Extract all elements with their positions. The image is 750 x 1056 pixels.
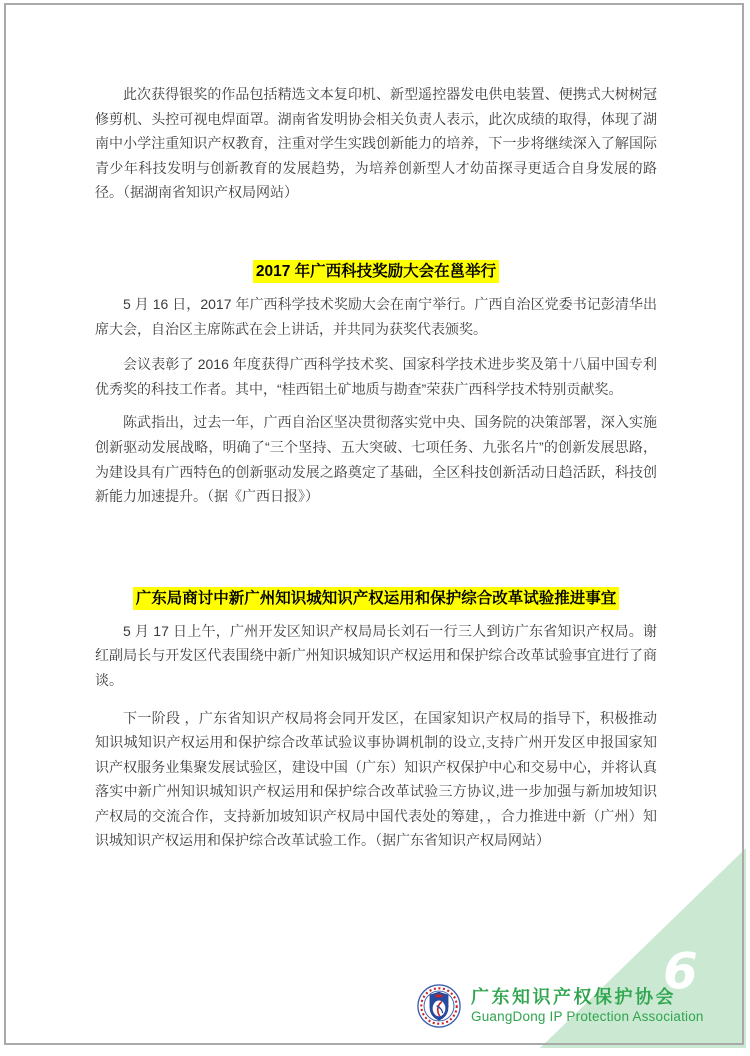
paragraph-guangdong-next-stage: 下一阶段 ，广东省知识产权局将会同开发区，在国家知识产权局的指导下，积极推动知识… (95, 706, 657, 854)
association-name-en: GuangDong IP Protection Association (471, 1009, 704, 1025)
association-name-block: 广东知识产权保护协会 GuangDong IP Protection Assoc… (471, 987, 704, 1025)
document-page: { "theme": { "colors": { "highlight": "#… (0, 0, 750, 1056)
article-heading-row-guangxi: 2017 年广西科技奖励大会在邕举行 (95, 260, 657, 283)
paragraph-guangxi-ceremony: 5 月 16 日，2017 年广西科学技术奖励大会在南宁举行。广西自治区党委书记… (95, 292, 657, 341)
article-heading-row-guangdong: 广东局商讨中新广州知识城知识产权运用和保护综合改革试验推进事宜 (95, 587, 657, 610)
paragraph-guangxi-commendation: 会议表彰了 2016 年度获得广西科学技术奖、国家科学技术进步奖及第十八届中国专… (95, 352, 657, 401)
association-emblem-icon (416, 983, 462, 1029)
association-name-cn: 广东知识产权保护协会 (471, 987, 704, 1007)
article-heading-guangxi-awards: 2017 年广西科技奖励大会在邕举行 (253, 260, 499, 283)
paragraph-hunan-silver-awards: 此次获得银奖的作品包括精选文本复印机、新型遥控器发电供电装置、便携式大树树冠修剪… (95, 82, 657, 205)
article-heading-guangdong-knowledge-city: 广东局商讨中新广州知识城知识产权运用和保护综合改革试验推进事宜 (133, 587, 620, 610)
page-content: 此次获得银奖的作品包括精选文本复印机、新型遥控器发电供电装置、便携式大树树冠修剪… (95, 82, 657, 853)
paragraph-chenwu-remarks: 陈武指出，过去一年，广西自治区坚决贯彻落实党中央、国务院的决策部署，深入实施创新… (95, 410, 657, 508)
footer: 广东知识产权保护协会 GuangDong IP Protection Assoc… (416, 983, 704, 1029)
paragraph-guangdong-visit: 5 月 17 日上午，广州开发区知识产权局局长刘石一行三人到访广东省知识产权局。… (95, 619, 657, 693)
